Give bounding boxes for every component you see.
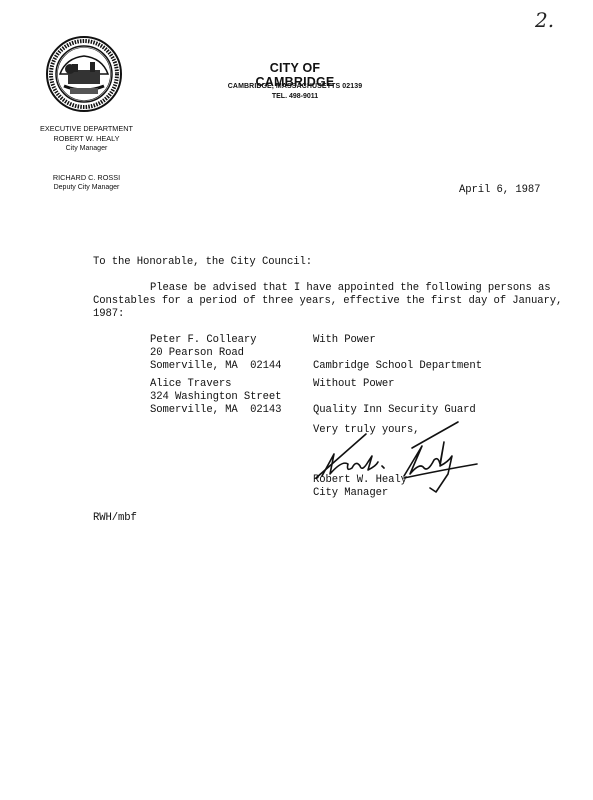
appointee-street: 20 Pearson Road [150,347,244,360]
appointee-street: 324 Washington Street [150,391,281,404]
reference-initials: RWH/mbf [93,512,137,525]
page-number-mark: 2. [535,8,554,32]
signer-name: Robert W. Healy [313,474,407,487]
salutation: To the Honorable, the City Council: [93,256,312,269]
body-line: 1987: [93,308,124,321]
appointee-name: Peter F. Colleary [150,334,256,347]
appointee-city: Somerville, MA 02143 [150,404,281,417]
body-line: Constables for a period of three years, … [93,295,562,308]
appointee-name: Alice Travers [150,378,231,391]
appointee-affiliation: Cambridge School Department [313,360,482,373]
appointee-city: Somerville, MA 02144 [150,360,281,373]
body-line: Please be advised that I have appointed … [150,282,550,295]
letterhead-address: CAMBRIDGE, MASSACHUSETTS 02139 [222,83,368,90]
manager-title: City Manager [20,144,153,154]
letter-date: April 6, 1987 [459,184,540,197]
deputy-title: Deputy City Manager [20,183,153,193]
deputy-name: RICHARD C. ROSSI [20,173,153,183]
signer-title: City Manager [313,487,388,500]
department-name: EXECUTIVE DEPARTMENT [20,124,153,134]
manager-name: ROBERT W. HEALY [20,134,153,144]
letterhead-telephone: TEL. 498-9011 [222,93,368,100]
city-seal-icon [46,36,122,112]
appointee-power: Without Power [313,378,394,391]
appointee-power: With Power [313,334,376,347]
